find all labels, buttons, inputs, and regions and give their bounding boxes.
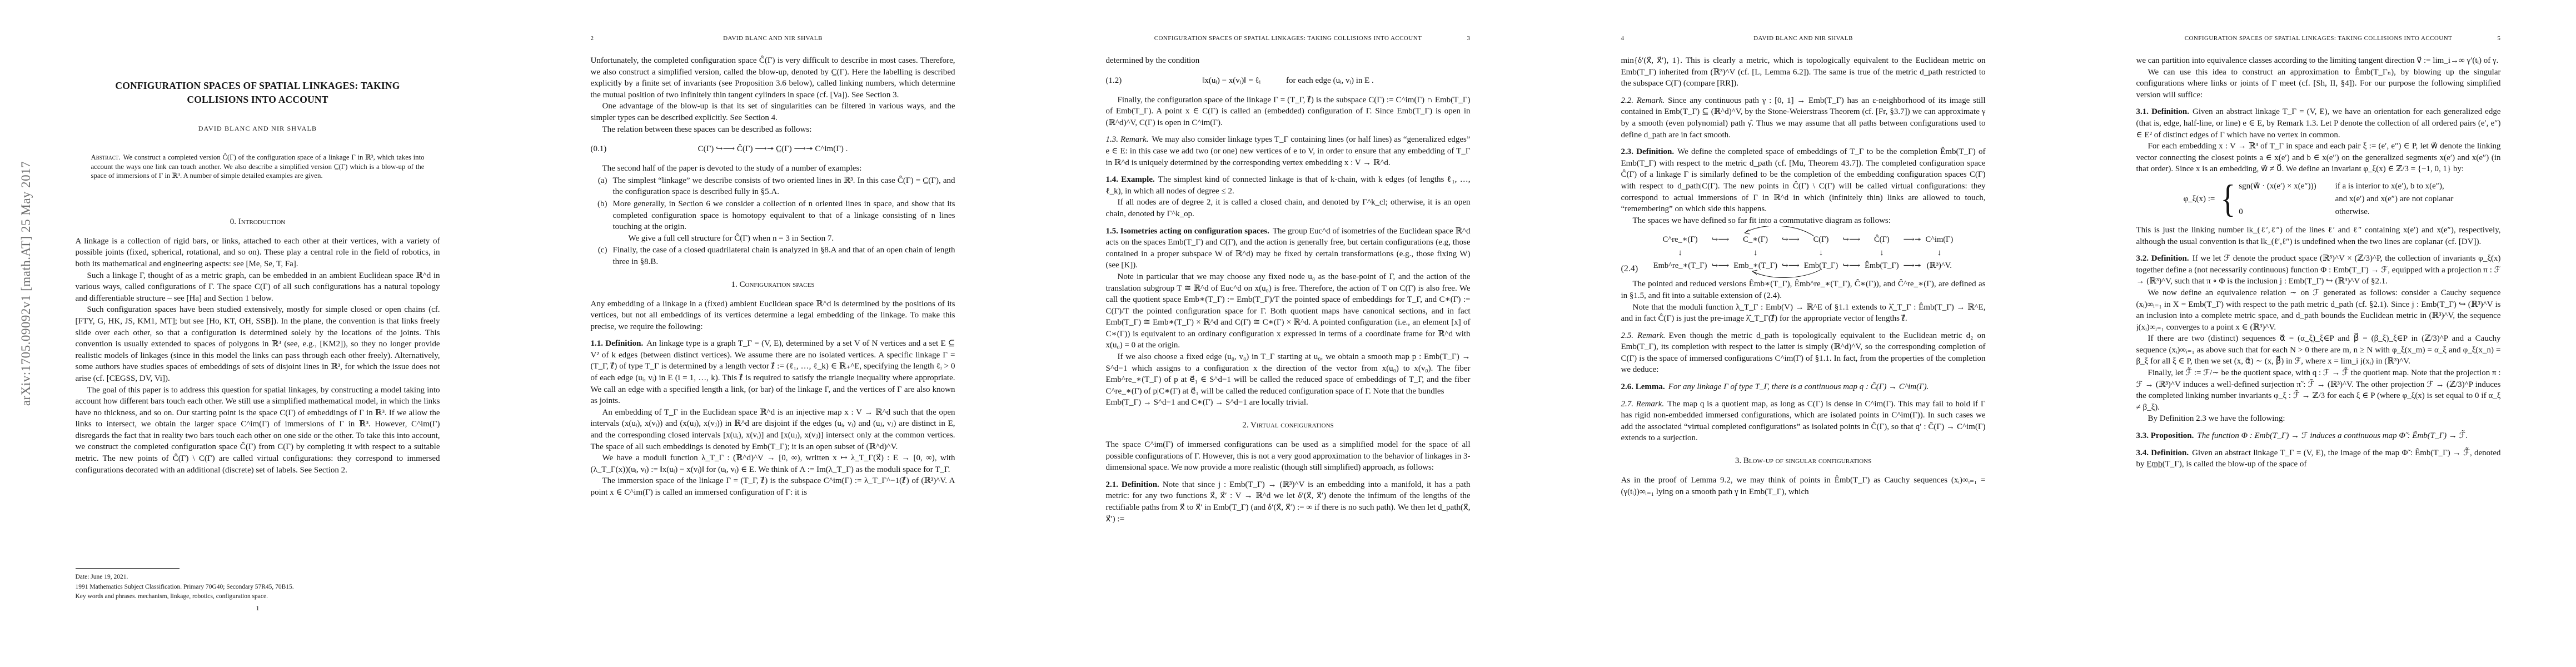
subsection-1-5: 1.5. Isometries acting on configuration …: [1106, 226, 1471, 271]
page-number: 2: [591, 35, 594, 42]
curved-arrow-bottom-icon: [1747, 268, 1825, 279]
equation-0-1: (0.1) C(Γ) ↪⟶ Ĉ(Γ) ⟶↠ C̲(Γ) ⟶↠ C^im(Γ) .: [591, 143, 955, 155]
paragraph: As in the proof of Lemma 9.2, we may thi…: [1621, 475, 1986, 497]
footnote-rule: [76, 568, 180, 569]
cases-lhs: φ_ξ(x) :=: [2184, 193, 2215, 205]
list-item-b: (b) More generally, in Section 6 we cons…: [591, 198, 955, 244]
footnote-block: Date: June 19, 2021. 1991 Mathematics Su…: [76, 568, 440, 613]
abstract-text: We construct a completed version Ĉ(Γ) of…: [91, 153, 425, 180]
page-3: CONFIGURATION SPACES OF SPATIAL LINKAGES…: [1030, 0, 1546, 667]
paragraph: determined by the condition: [1106, 55, 1471, 67]
theorem-text: For any linkage Γ of type T_Γ, there is …: [1668, 382, 1929, 391]
running-head-text: DAVID BLANC AND NIR SHVALB: [723, 35, 823, 42]
theorem-text: If we let ℱ denote the product space (ℝ³…: [2136, 254, 2501, 286]
page-number: 5: [2498, 35, 2501, 42]
theorem-text: Even though the metric d_path is topolog…: [1621, 331, 1986, 375]
down-arrow-icon: ↓: [1732, 245, 1778, 261]
paragraph: The relation between these spaces can be…: [591, 124, 955, 136]
diagram-node: C^im(Γ): [1924, 235, 1954, 245]
definition-2-1: 2.1. Definition.Note that since j : Emb(…: [1106, 479, 1471, 525]
item-text: We give a full cell structure for Ĉ(Γ) w…: [613, 233, 955, 245]
paragraph: we can partition into equivalence classe…: [2136, 55, 2501, 67]
abstract: Abstract.We construct a completed versio…: [91, 153, 425, 181]
down-arrow-icon: ↓: [1652, 245, 1708, 261]
theorem-label: 2.7. Remark.: [1621, 400, 1665, 409]
left-brace-icon: {: [2220, 178, 2235, 220]
list-item-c: (c) Finally, the case of a closed quadri…: [591, 245, 955, 267]
theorem-text: We define the completed space of embeddi…: [1621, 147, 1986, 213]
diagram-node: Emb^re_∗(T_Γ): [1652, 261, 1708, 271]
diagram-node: Êmb(T_Γ): [1864, 261, 1900, 271]
paragraph: We can use this idea to construct an app…: [2136, 67, 2501, 101]
paragraph: If all nodes are of degree 2, it is call…: [1106, 197, 1471, 220]
theorem-label: 3.3. Proposition.: [2136, 431, 2194, 440]
curved-arrow-top-icon: [1739, 226, 1817, 237]
theorem-text: Given an abstract linkage T_Γ = (V, E), …: [2136, 107, 2501, 139]
footnote-keywords: Key words and phrases. mechanism, linkag…: [76, 592, 440, 602]
paragraph: We have a moduli function λ_T_Γ : (ℝ^d)^…: [591, 452, 955, 475]
diagram-node: (ℝ³)^V.: [1924, 261, 1954, 271]
page-2-body: 2 DAVID BLANC AND NIR SHVALB Unfortunate…: [591, 0, 955, 499]
paragraph: A linkage is a collection of rigid bars,…: [76, 236, 440, 270]
theorem-label: 2.2. Remark.: [1621, 96, 1665, 105]
hook-arrow-icon: ↪⟶: [1710, 235, 1730, 245]
paragraph: Emb(T_Γ) → S^d−1 and C∗(Γ) → S^d−1 are l…: [1106, 397, 1471, 409]
running-head: 4 DAVID BLANC AND NIR SHVALB: [1621, 35, 1986, 42]
page-4-body: 4 DAVID BLANC AND NIR SHVALB min{δ′(x⃗, …: [1621, 0, 1986, 497]
paragraph: The space C^im(Γ) of immersed configurat…: [1106, 439, 1471, 474]
paragraph: Finally, the configuration space of the …: [1106, 94, 1471, 129]
theorem-label: 3.4. Definition.: [2136, 449, 2189, 457]
paper-title: CONFIGURATION SPACES OF SPATIAL LINKAGES…: [76, 79, 440, 107]
running-head-text: CONFIGURATION SPACES OF SPATIAL LINKAGES…: [1154, 35, 1422, 42]
paragraph: By Definition 2.3 we have the following:: [2136, 413, 2501, 425]
paragraph: The immersion space of the linkage Γ = (…: [591, 475, 955, 498]
paragraph: Note in particular that we may choose an…: [1106, 271, 1471, 351]
theorem-label: 1.3. Remark.: [1106, 135, 1149, 144]
lemma-2-6: 2.6. Lemma.For any linkage Γ of type T_Γ…: [1621, 381, 1986, 393]
paper-title-line-1: CONFIGURATION SPACES OF SPATIAL LINKAGES…: [76, 79, 440, 93]
paragraph: Any embedding of a linkage in a (fixed) …: [591, 298, 955, 333]
theorem-text: Since any continuous path γ : [0, 1] → E…: [1621, 96, 1986, 140]
remark-2-5: 2.5. Remark.Even though the metric d_pat…: [1621, 330, 1986, 376]
diagram-node: C^re_∗(Γ): [1652, 235, 1708, 245]
equation-tag: (1.2): [1106, 74, 1122, 87]
cases-equation: φ_ξ(x) := { sgn(w⃗ · (x(e′) × x(e″))) if…: [2136, 181, 2501, 218]
remark-1-3: 1.3. Remark.We may also consider linkage…: [1106, 134, 1471, 168]
item-text: The simplest “linkage” we describe consi…: [613, 175, 955, 198]
commutative-diagram-2-4: (2.4) C^re_∗(Γ) ↪⟶ C_∗(Γ) ↪⟶ C(Γ) ↪⟶ Ĉ(Γ…: [1621, 235, 1986, 271]
item-label: (c): [591, 245, 607, 267]
paragraph: If we also choose a fixed edge (u₀, v₀) …: [1106, 351, 1471, 397]
definition-3-2: 3.2. Definition.If we let ℱ denote the p…: [2136, 253, 2501, 287]
theorem-text: Note that since j : Emb(T_Γ) → (ℝ³)^V is…: [1106, 480, 1471, 524]
remark-2-2: 2.2. Remark.Since any continuous path γ …: [1621, 95, 1986, 141]
epi-arrow-icon: ⟶↠: [1902, 235, 1922, 245]
case-condition: and x(e′) and x(e″) are not coplanar: [2335, 193, 2454, 205]
running-head: CONFIGURATION SPACES OF SPATIAL LINKAGES…: [2136, 35, 2501, 42]
equation-1-2: (1.2) ‖x(uᵢ) − x(vᵢ)‖ = ℓᵢfor each edge …: [1106, 74, 1471, 87]
case-condition: otherwise.: [2335, 206, 2454, 218]
definition-2-3: 2.3. Definition.We define the completed …: [1621, 146, 1986, 215]
item-text: Finally, the case of a closed quadrilate…: [613, 245, 955, 267]
diagram-node: Ĉ(Γ): [1864, 235, 1900, 245]
footnote-msc: 1991 Mathematics Subject Classification.…: [76, 583, 440, 593]
theorem-text: Given an abstract linkage T_Γ = (V, E), …: [2136, 449, 2501, 469]
page-5-body: CONFIGURATION SPACES OF SPATIAL LINKAGES…: [2136, 0, 2501, 470]
section-heading-0: 0. Introduction: [76, 217, 440, 227]
section-heading-2: 2. Virtual configurations: [1106, 421, 1471, 430]
theorem-label: 2.1. Definition.: [1106, 480, 1159, 489]
definition-3-4: 3.4. Definition.Given an abstract linkag…: [2136, 447, 2501, 470]
running-head: CONFIGURATION SPACES OF SPATIAL LINKAGES…: [1106, 35, 1471, 42]
remark-2-7: 2.7. Remark.The map q is a quotient map,…: [1621, 399, 1986, 444]
section-heading-3: 3. Blow-up of singular configurations: [1621, 456, 1986, 466]
theorem-text: The simplest kind of connected linkage i…: [1106, 175, 1471, 196]
down-arrow-icon: ↓: [1803, 245, 1840, 261]
theorem-label: 1.4. Example.: [1106, 175, 1155, 184]
footnote-date: Date: June 19, 2021.: [76, 573, 440, 583]
paragraph: Finally, let ℱ̃ := ℱ/∼ be the quotient s…: [2136, 367, 2501, 413]
definition-1-1: 1.1. Definition.An linkage type is a gra…: [591, 338, 955, 407]
page-number: 4: [1621, 35, 1625, 42]
hook-arrow-icon: ↪⟶: [1841, 261, 1861, 271]
theorem-label: 3.1. Definition.: [2136, 107, 2190, 116]
theorem-label: 2.5. Remark.: [1621, 331, 1666, 340]
authors: DAVID BLANC AND NIR SHVALB: [76, 125, 440, 133]
theorem-label: 2.3. Definition.: [1621, 147, 1675, 156]
paragraph: An embedding of T_Γ in the Euclidean spa…: [591, 407, 955, 452]
theorem-text: The function Φ : Emb(T_Γ) → ℱ induces a …: [2197, 431, 2468, 440]
example-1-4: 1.4. Example.The simplest kind of connec…: [1106, 174, 1471, 197]
theorem-label: 2.6. Lemma.: [1621, 382, 1665, 391]
paragraph: The second half of the paper is devoted …: [591, 163, 955, 175]
equation-body: C(Γ) ↪⟶ Ĉ(Γ) ⟶↠ C̲(Γ) ⟶↠ C^im(Γ) .: [698, 145, 848, 153]
epi-arrow-icon: ⟶↠: [1902, 261, 1922, 271]
paragraph: The spaces we have defined so far fit in…: [1621, 215, 1986, 227]
theorem-label: 3.2. Definition.: [2136, 254, 2189, 263]
list-item-a: (a) The simplest “linkage” we describe c…: [591, 175, 955, 198]
paragraph: One advantage of the blow-up is that its…: [591, 101, 955, 123]
page-number: 3: [1467, 35, 1471, 42]
paragraph: Such configuration spaces have been stud…: [76, 304, 440, 384]
running-head: 2 DAVID BLANC AND NIR SHVALB: [591, 35, 955, 42]
document-canvas: arXiv:1705.09092v1 [math.AT] 25 May 2017…: [0, 0, 2576, 667]
paragraph: Unfortunately, the completed configurati…: [591, 55, 955, 101]
paragraph: The goal of this paper is to address thi…: [76, 385, 440, 476]
paragraph: If there are two (distinct) sequences α⃗…: [2136, 333, 2501, 367]
page-4: 4 DAVID BLANC AND NIR SHVALB min{δ′(x⃗, …: [1546, 0, 2061, 667]
proposition-3-3: 3.3. Proposition.The function Φ : Emb(T_…: [2136, 430, 2501, 442]
page-1: arXiv:1705.09092v1 [math.AT] 25 May 2017…: [0, 0, 515, 667]
case-value: 0: [2239, 206, 2316, 218]
abstract-label: Abstract.: [91, 153, 121, 161]
hook-arrow-icon: ↪⟶: [1710, 261, 1730, 271]
arxiv-stamp: arXiv:1705.09092v1 [math.AT] 25 May 2017: [19, 139, 33, 428]
item-label: (b): [591, 198, 607, 244]
page-5: CONFIGURATION SPACES OF SPATIAL LINKAGES…: [2061, 0, 2576, 667]
page-1-body: CONFIGURATION SPACES OF SPATIAL LINKAGES…: [76, 0, 440, 476]
theorem-text: We may also consider linkage types T_Γ c…: [1106, 135, 1471, 167]
hook-arrow-icon: ↪⟶: [1841, 235, 1861, 245]
paragraph: Such a linkage Γ, thought of as a metric…: [76, 270, 440, 305]
running-head-text: CONFIGURATION SPACES OF SPATIAL LINKAGES…: [2185, 35, 2453, 42]
paragraph: For each embedding x : V → ℝ³ of T_Γ in …: [2136, 141, 2501, 175]
paper-title-line-2: COLLISIONS INTO ACCOUNT: [76, 93, 440, 107]
case-value: sgn(w⃗ · (x(e′) × x(e″))): [2239, 181, 2316, 192]
down-arrow-icon: ↓: [1864, 245, 1900, 261]
paragraph: This is just the linking number lk_(ℓ′,ℓ…: [2136, 225, 2501, 247]
theorem-label: 1.1. Definition.: [591, 339, 644, 348]
theorem-text: An linkage type is a graph T_Γ = (V, E),…: [591, 339, 955, 405]
equation-right: for each edge (uᵢ, vᵢ) in E .: [1286, 76, 1374, 85]
item-label: (a): [591, 175, 607, 198]
equation-tag: (0.1): [591, 143, 607, 155]
page-3-body: CONFIGURATION SPACES OF SPATIAL LINKAGES…: [1106, 0, 1471, 525]
item-text: More generally, in Section 6 we consider…: [613, 198, 955, 233]
theorem-text: The map q is a quotient map, as long as …: [1621, 400, 1986, 443]
definition-3-1: 3.1. Definition.Given an abstract linkag…: [2136, 106, 2501, 141]
section-heading-1: 1. Configuration spaces: [591, 280, 955, 290]
page-number: 1: [76, 604, 440, 614]
subsection-label: 1.5. Isometries acting on configuration …: [1106, 227, 1269, 236]
equation-left: ‖x(uᵢ) − x(vᵢ)‖ = ℓᵢ: [1202, 76, 1260, 85]
down-arrow-icon: ↓: [1924, 245, 1954, 261]
paragraph: The pointed and reduced versions Êmb∗(T_…: [1621, 278, 1986, 301]
case-condition: if a is interior to x(e′), b to x(e″),: [2335, 181, 2454, 192]
running-head-text: DAVID BLANC AND NIR SHVALB: [1753, 35, 1853, 42]
paragraph: min{δ′(x⃗, x⃗′), 1}. This is clearly a m…: [1621, 55, 1986, 89]
paragraph: We now define an equivalence relation ∼ …: [2136, 287, 2501, 333]
paragraph: Note that the moduli function λ_T_Γ : Em…: [1621, 302, 1986, 325]
page-2: 2 DAVID BLANC AND NIR SHVALB Unfortunate…: [515, 0, 1030, 667]
